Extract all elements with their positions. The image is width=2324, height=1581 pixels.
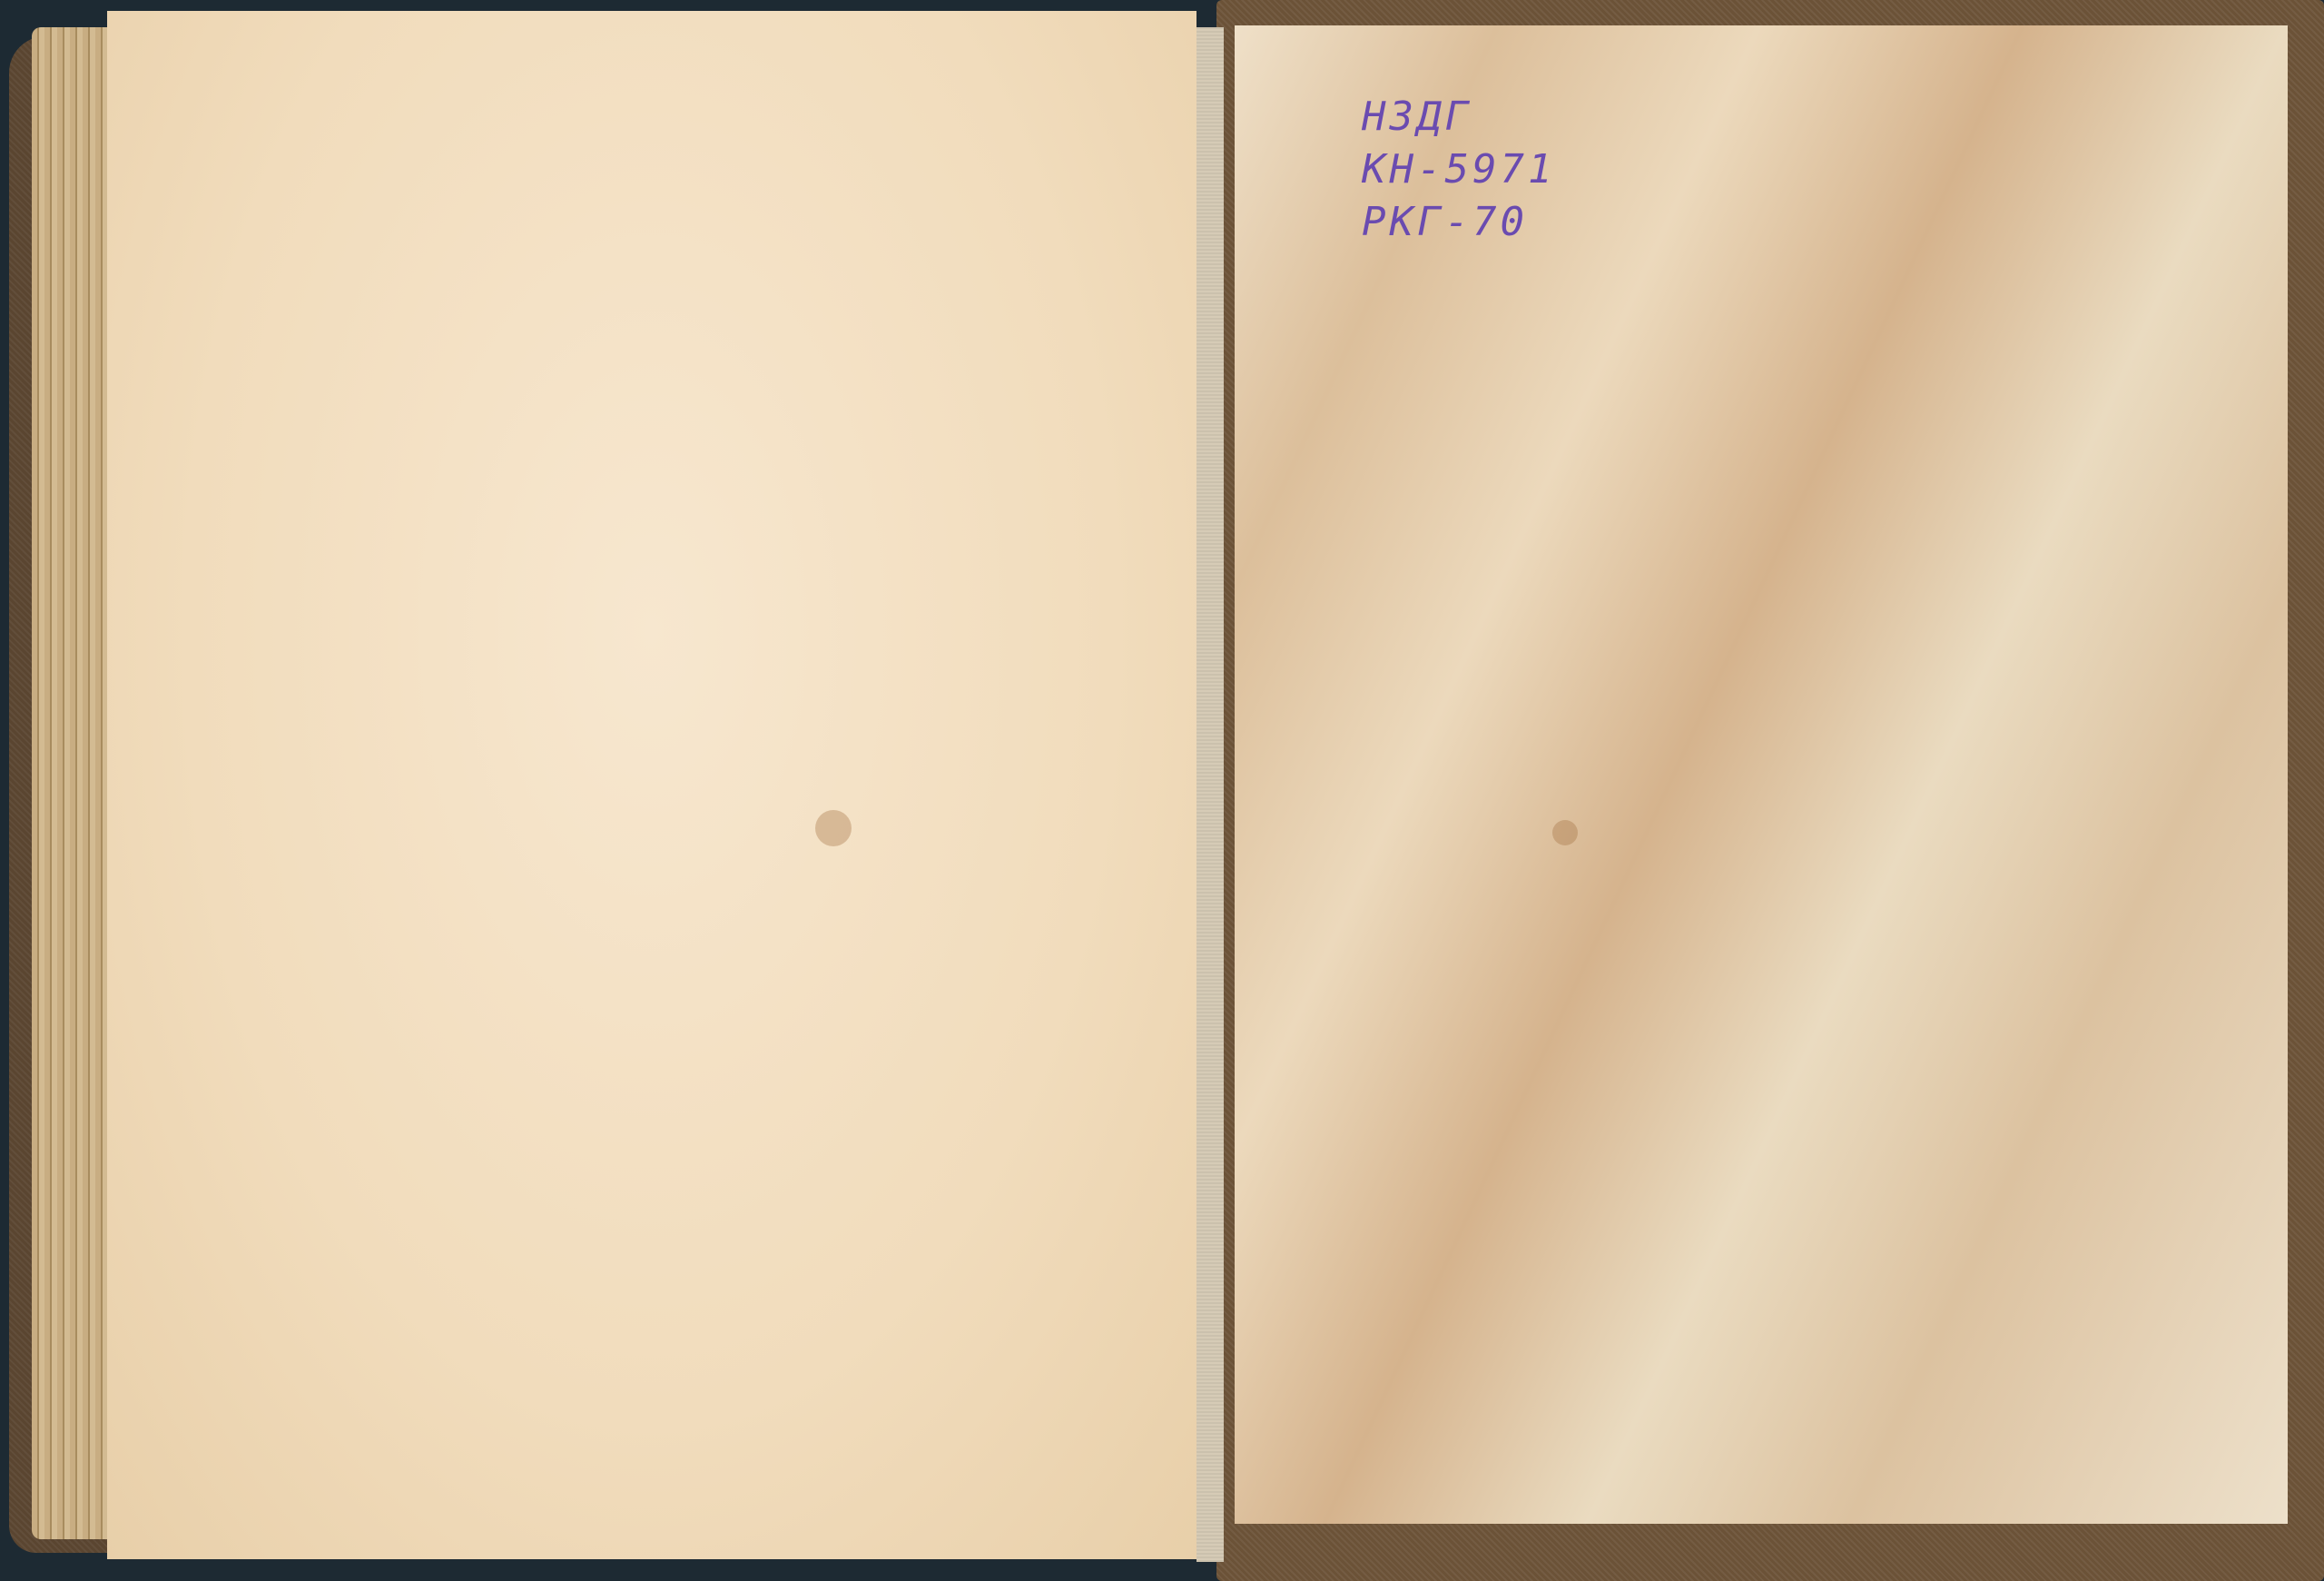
annotation-line-1: НЗДГ xyxy=(1362,91,1555,143)
endpaper xyxy=(1235,25,2288,1524)
left-blank-page xyxy=(107,11,1196,1559)
annotation-line-3: РКГ-70 xyxy=(1362,196,1555,249)
handwritten-annotation: НЗДГ КН-5971 РКГ-70 xyxy=(1362,91,1555,249)
stain xyxy=(1552,820,1578,845)
annotation-line-2: КН-5971 xyxy=(1362,143,1555,196)
spine-gutter xyxy=(1196,27,1224,1562)
stain xyxy=(815,810,852,846)
